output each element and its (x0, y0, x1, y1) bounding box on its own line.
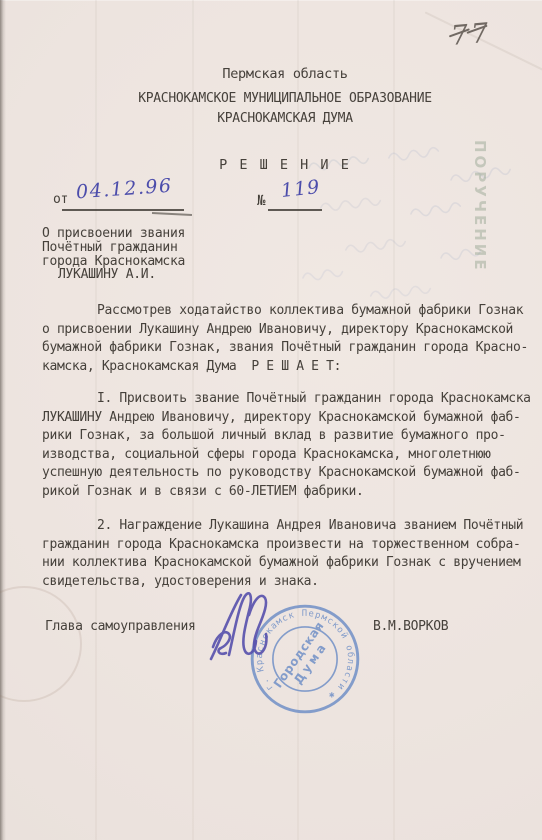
date-underline (62, 209, 184, 211)
body-line: рикой Гознак и в связи с 60-ЛЕТИЕМ фабри… (42, 484, 531, 503)
body-line: успешную деятельность по руководству Кра… (42, 465, 531, 484)
stamp-star: ✱ (329, 689, 335, 700)
body-line: 2. Награждение Лукашина Андрея Ивановича… (42, 518, 523, 537)
date-underline-tail (152, 212, 192, 216)
body-line: рики Гознак, за большой личный вклад в р… (42, 428, 531, 447)
number-label: № (257, 193, 265, 209)
decision-item-1: I. Присвоить звание Почётный гражданин г… (42, 391, 531, 503)
signature-title: Глава самоуправления (45, 619, 196, 634)
date-label: от (53, 192, 68, 207)
subject-line: Почётный гражданин (42, 240, 185, 254)
page-left-edge-shadow (0, 0, 6, 840)
body-line: Рассмотрев ходатайство коллектива бумажн… (42, 303, 528, 322)
body-line: изводства, социальной сферы города Красн… (42, 447, 531, 466)
number-underline (268, 209, 322, 211)
decision-item-2: 2. Награждение Лукашина Андрея Ивановича… (42, 518, 523, 592)
date-value-handwritten: 04.12.96 (75, 175, 173, 204)
page-number-handwritten: 77 (443, 10, 507, 58)
header-region: Пермская область (32, 66, 538, 82)
body-line: ЛУКАШИНУ Андрею Ивановичу, директору Кра… (42, 410, 531, 429)
body-line: гражданин города Краснокамска произвести… (42, 537, 523, 556)
scanned-document-page: ПОРУЧЕНИЕ 77 Пермская область КРАСНОКАМС… (0, 0, 542, 840)
body-line: камска, Краснокамская Дума Р Е Ш А Е Т: (42, 359, 528, 378)
handwritten-signature (195, 583, 285, 675)
header-council: КРАСНОКАМСКАЯ ДУМА (32, 111, 538, 126)
header-municipality: КРАСНОКАМСКОЕ МУНИЦИПАЛЬНОЕ ОБРАЗОВАНИЕ (32, 91, 538, 106)
body-line: бумажной фабрики Гознак, звания Почётный… (42, 340, 528, 359)
body-line: нии коллектива Краснокамской бумажной фа… (42, 555, 523, 574)
subject-block: О присвоении звания Почётный гражданин г… (42, 226, 185, 281)
preamble-paragraph: Рассмотрев ходатайство коллектива бумажн… (42, 303, 528, 377)
subject-line: ЛУКАШИНУ А.И. (42, 267, 185, 281)
signatory-name: В.М.ВОРКОВ (373, 619, 448, 634)
body-line: I. Присвоить звание Почётный гражданин г… (42, 391, 531, 410)
subject-line: О присвоении звания (42, 226, 185, 240)
doc-type-title: Р Е Ш Е Н И Е (32, 157, 538, 173)
stamp-bleed-arc (0, 586, 82, 702)
body-line: о присвоении Лукашину Андрею Ивановичу, … (42, 322, 528, 341)
number-value-handwritten: 119 (280, 176, 321, 202)
subject-line: города Краснокамска (42, 254, 185, 268)
